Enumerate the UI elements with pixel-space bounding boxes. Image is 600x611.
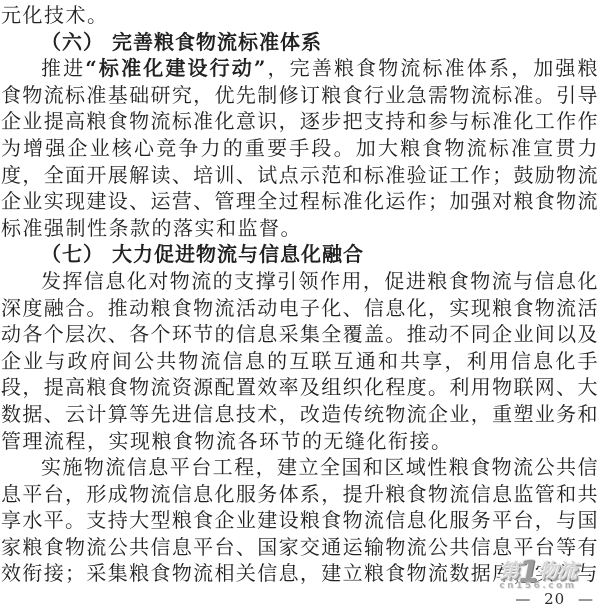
paragraph-line: 食物流标准基础研究，优先制修订粮食行业急需物流标准。引导 (1, 82, 598, 109)
paragraph-line: 深度融合。推动粮食物流活动电子化、信息化，实现粮食物流活 (1, 295, 598, 322)
document-page: 元化技术。 （六） 完善粮食物流标准体系 推进“标准化建设行动”，完善粮食物流标… (0, 0, 600, 611)
line-text: ，完善粮食物流标准体系，加强粮 (266, 56, 598, 80)
line-text: 推进 (41, 56, 85, 80)
page-number: — 20 — (515, 590, 594, 608)
paragraph-line: 度，全面开展解读、培训、试点示范和标准验证工作；鼓励物流 (1, 162, 598, 189)
section-heading-6: （六） 完善粮食物流标准体系 (1, 29, 598, 56)
paragraph-line: 数据、云计算等先进信息技术，改造传统物流企业，重塑业务和 (1, 401, 598, 428)
section-heading-7: （七） 大力促进物流与信息化融合 (1, 241, 598, 268)
cn156-watermark: 第1物流 cn156.com (495, 560, 581, 591)
document-body: 元化技术。 （六） 完善粮食物流标准体系 推进“标准化建设行动”，完善粮食物流标… (1, 2, 598, 587)
paragraph-line: 家粮食物流公共信息平台、国家交通运输物流公共信息平台等有 (1, 534, 598, 561)
paragraph-line: 息平台，形成物流信息化服务体系，提升粮食物流信息监管和共 (1, 481, 598, 508)
paragraph-line: 推进“标准化建设行动”，完善粮食物流标准体系，加强粮 (1, 55, 598, 82)
paragraph-line: 元化技术。 (1, 2, 598, 29)
paragraph-line: 标准强制性条款的落实和监督。 (1, 215, 598, 242)
paragraph-line: 为增强企业核心竞争力的重要手段。加大粮食物流标准宣贯力 (1, 135, 598, 162)
paragraph-line: 发挥信息化对物流的支撑引领作用，促进粮食物流与信息化 (1, 268, 598, 295)
paragraph-line: 实施物流信息平台工程，建立全国和区域性粮食物流公共信 (1, 454, 598, 481)
paragraph-line: 企业与政府间公共物流信息的互联互通和共享，利用信息化手 (1, 348, 598, 375)
paragraph-line: 管理流程，实现粮食物流各环节的无缝化衔接。 (1, 428, 598, 455)
paragraph-line: 享水平。支持大型粮食企业建设粮食物流信息化服务平台，与国 (1, 507, 598, 534)
logo-suffix: 物流 (538, 559, 576, 583)
paragraph-line: 企业提高粮食物流标准化意识，逐步把支持和参与标准化工作作 (1, 108, 598, 135)
logo-prefix: 第 (500, 559, 519, 583)
paragraph-line: 动各个层次、各个环节的信息采集全覆盖。推动不同企业间以及 (1, 321, 598, 348)
bold-quoted-phrase: “标准化建设行动” (85, 56, 266, 80)
paragraph-line: 段，提高粮食物流资源配置效率及组织化程度。利用物联网、大 (1, 374, 598, 401)
paragraph-line: 企业实现建设、运营、管理全过程标准化运作；加强对粮食物流 (1, 188, 598, 215)
